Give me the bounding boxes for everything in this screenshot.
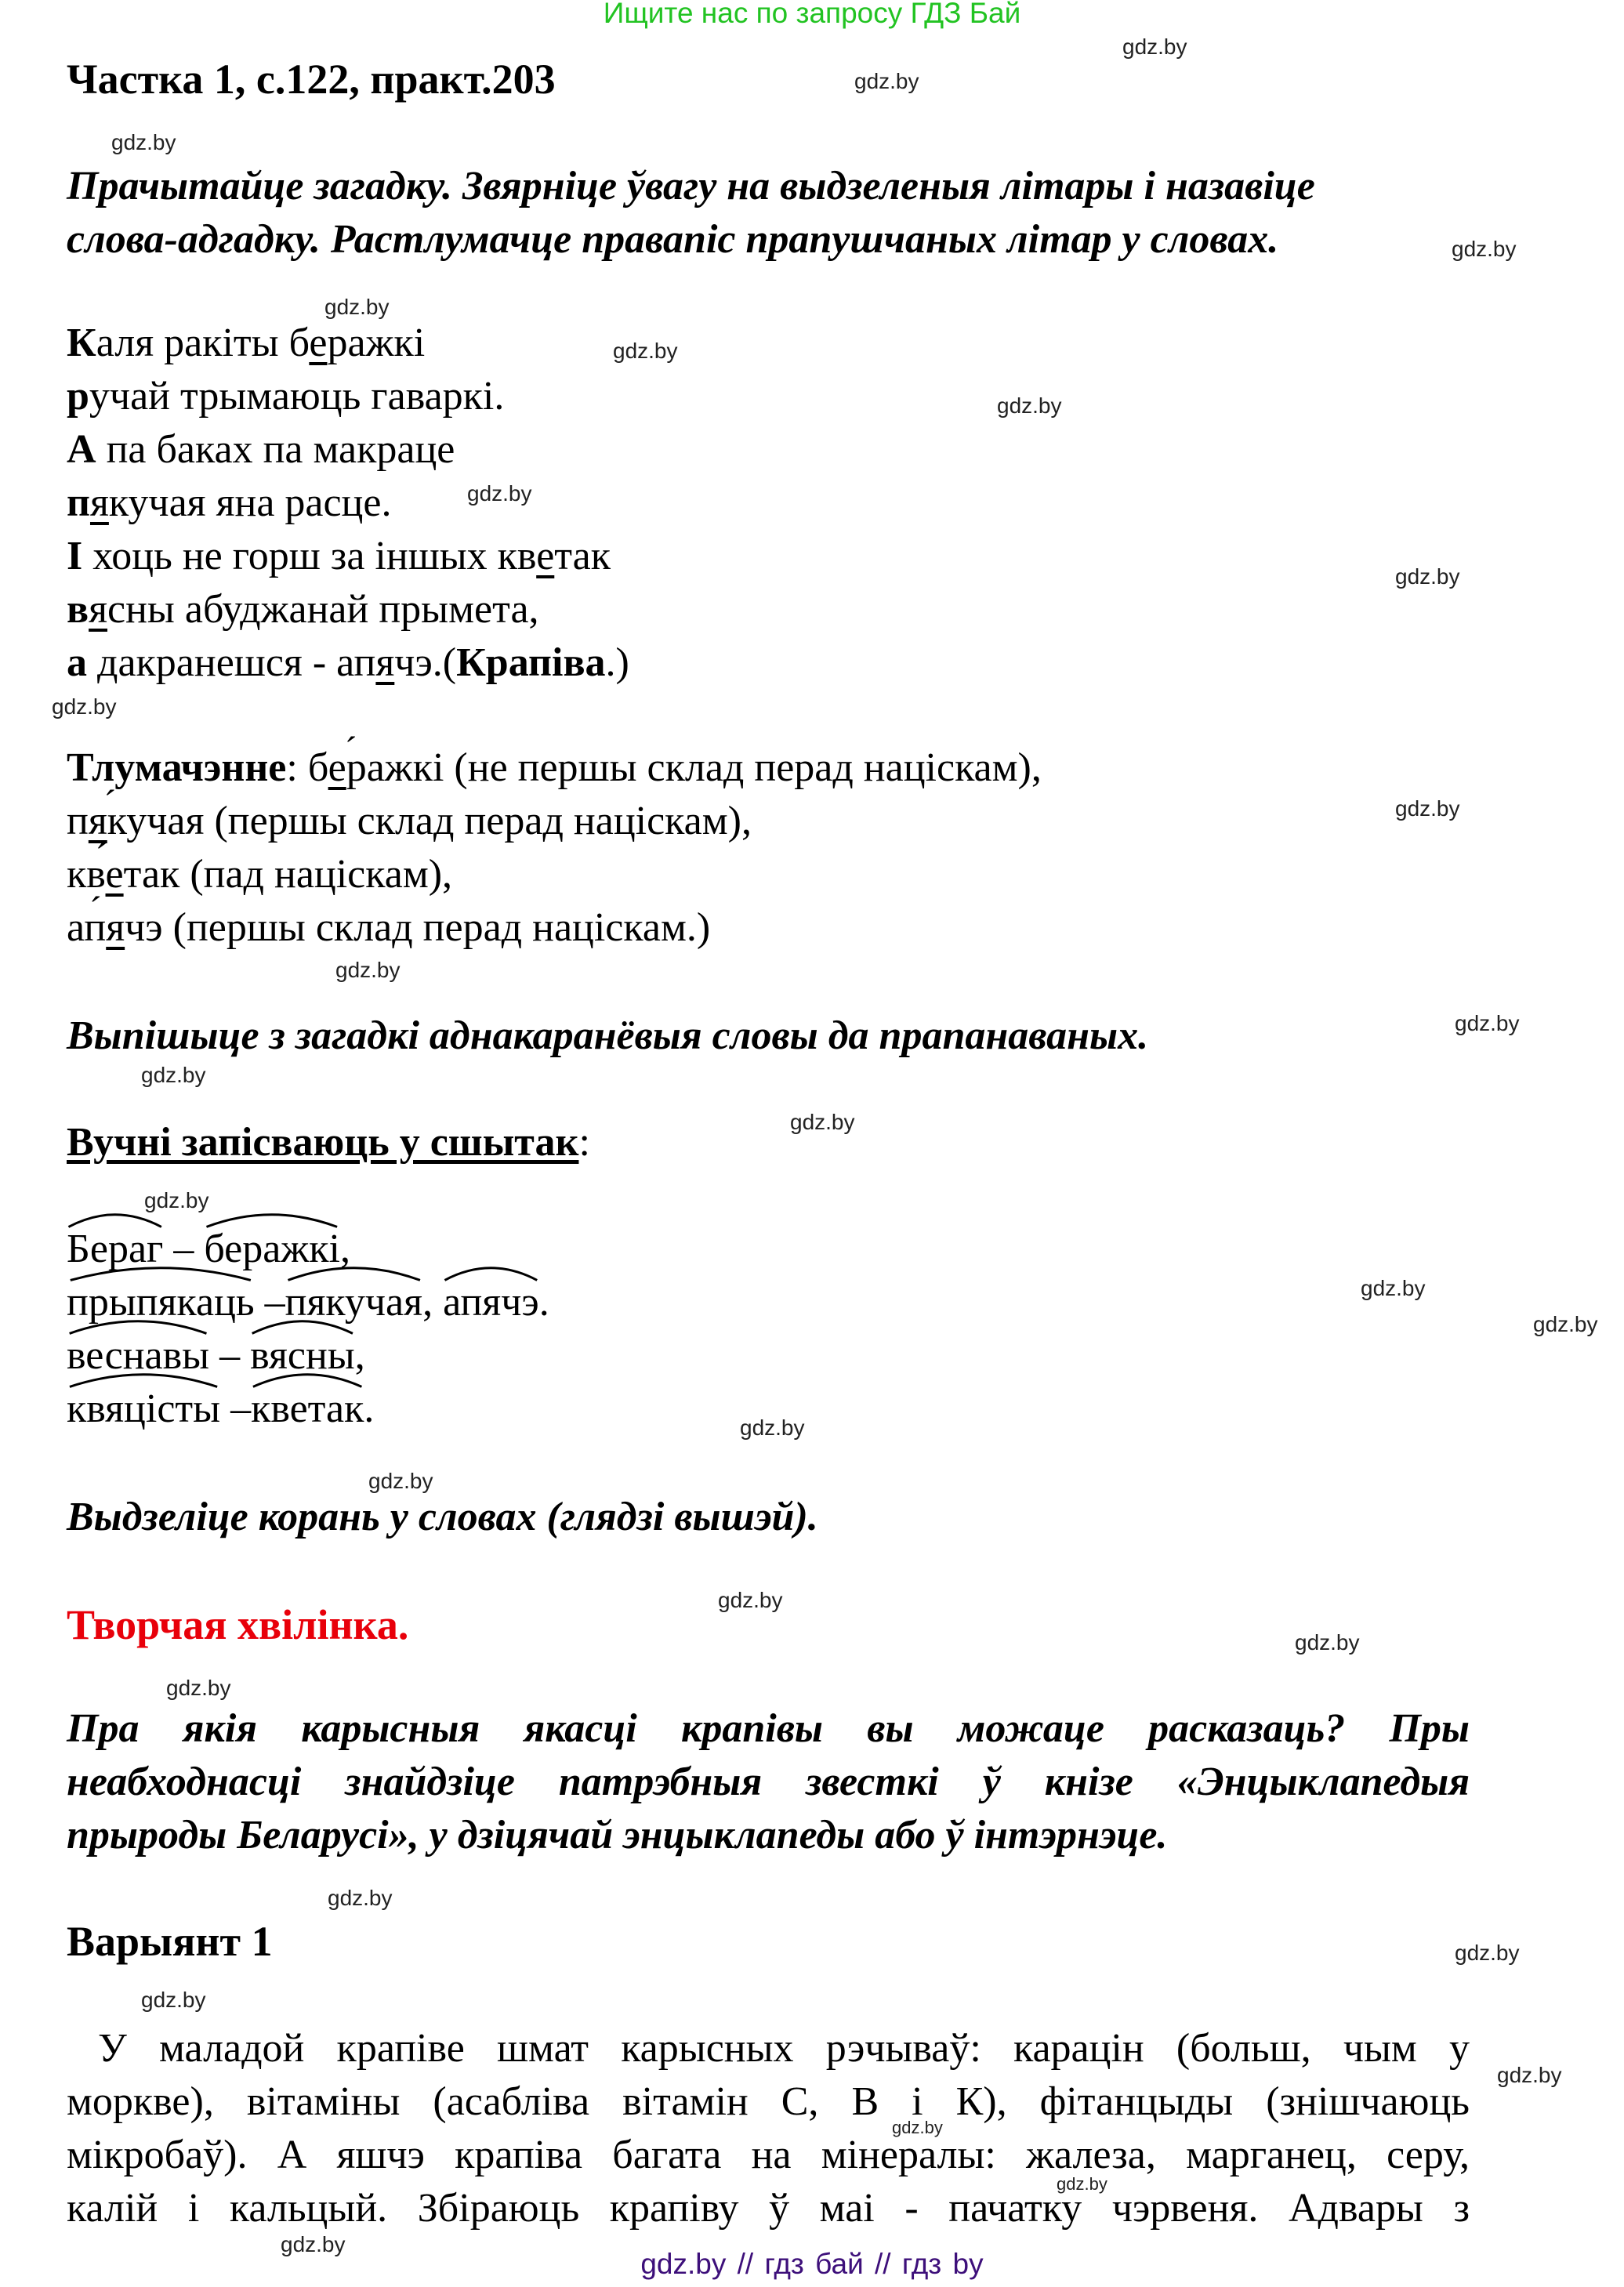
riddle-line: ручай трымаюць гаваркі. — [67, 373, 504, 419]
punct: , — [422, 1280, 443, 1325]
riddle-initial: К — [67, 321, 96, 365]
page-title: Частка 1, с.122, практ.203 — [67, 55, 556, 103]
watermark: gdz.by — [335, 958, 401, 983]
watermark: gdz.by — [740, 1415, 805, 1441]
question-line-2: неабходнасці знайдзіце патрэбныя звесткі… — [67, 1759, 1470, 1805]
explanation-line: пякучая (першы склад перад націскам), — [67, 798, 752, 844]
riddle-missing-letter: я — [375, 640, 394, 685]
notebook-label: Вучні запісваюць у сшытак: — [67, 1119, 590, 1165]
watermark: gdz.by — [368, 1469, 433, 1494]
riddle-text: хоць не горш за іншых кв — [82, 534, 536, 578]
watermark: gdz.by — [1533, 1312, 1598, 1337]
watermark: gdz.by — [1395, 564, 1460, 589]
word-part: чэ — [125, 905, 162, 950]
riddle-line: А па баках па макраце — [67, 426, 455, 473]
watermark: gdz.by — [997, 393, 1062, 419]
instruction-line-2: слова-адгадку. Растлумачце правапіс прап… — [67, 216, 1278, 263]
watermark: gdz.by — [1295, 1630, 1360, 1655]
related-word: апячэ — [443, 1279, 539, 1325]
riddle-line: І хоць не горш за іншых кветак — [67, 533, 611, 579]
riddle-line: а дакранешся - апячэ.(Крапіва.) — [67, 640, 629, 686]
riddle-answer: Крапіва — [456, 640, 605, 685]
riddle-text: па баках па макраце — [96, 427, 455, 472]
word-part: кучая — [107, 799, 205, 843]
watermark: gdz.by — [718, 1588, 783, 1613]
word-part: ап — [67, 905, 106, 950]
punct: . — [539, 1280, 549, 1325]
stressed-word: кветак — [67, 852, 179, 897]
riddle-text: чэ.( — [394, 640, 456, 685]
watermark: gdz.by — [1452, 237, 1517, 262]
riddle-text: ражкі — [327, 321, 425, 365]
notebook-label-text: Вучні запісваюць у сшытак — [67, 1120, 578, 1165]
creative-heading: Творчая хвілінка. — [67, 1600, 408, 1649]
riddle-initial: р — [67, 374, 89, 419]
root-word: квяцісты — [67, 1386, 220, 1432]
question-line-1: Пра якія карысныя якасці крапівы вы можа… — [67, 1705, 1470, 1752]
riddle-text: дакранешся - ап — [87, 640, 375, 685]
watermark: gdz.by — [790, 1110, 855, 1135]
variant-line-2: моркве), вітаміны (асабліва вітамін С, В… — [67, 2079, 1470, 2125]
dash: – — [220, 1386, 251, 1431]
explanation-note: (першы склад перад націскам), — [204, 799, 752, 843]
stressed-word: пякучая — [67, 799, 204, 843]
word-pair-line: квяцісты –кветак. — [67, 1386, 374, 1432]
riddle-line: Каля ракіты беражкі — [67, 320, 425, 366]
watermark: gdz.by — [141, 1063, 206, 1088]
word-part: ражкі — [346, 745, 444, 790]
riddle-initial: а — [67, 640, 87, 685]
variant-line-1: У маладой крапіве шмат карысных рэчываў:… — [67, 2025, 1470, 2071]
watermark: gdz.by — [1361, 1276, 1426, 1301]
word-part: так — [124, 852, 180, 897]
punct: . — [364, 1386, 374, 1431]
riddle-missing-letter: я — [90, 480, 109, 525]
variant-line-3: мікробаў). А яшчэ крапіва багата на міне… — [67, 2132, 1470, 2178]
watermark: gdz.by — [166, 1676, 231, 1701]
watermark: gdz.by — [111, 130, 176, 155]
explanation-note: (першы склад перад націскам.) — [163, 905, 711, 950]
watermark: gdz.by — [1395, 796, 1460, 821]
riddle-initial: А — [67, 427, 96, 472]
riddle-line: вясны абуджанай прымета, — [67, 586, 539, 632]
missing-letter: я — [106, 905, 125, 950]
task-copy-words: Выпішыце з загадкі аднакаранёвыя словы д… — [67, 1013, 1148, 1059]
watermark: gdz.by — [141, 1988, 206, 2013]
missing-letter: я — [89, 799, 107, 843]
riddle-missing-letter: е — [309, 321, 327, 365]
explanation-line: кветак (пад націскам), — [67, 851, 452, 897]
stressed-word: апячэ — [67, 905, 163, 950]
riddle-text: учай трымаюць гаваркі. — [89, 374, 504, 419]
question-line-3: прыроды Беларусі», у дзіцячай энцыклапед… — [67, 1812, 1167, 1858]
watermark: gdz.by — [1455, 1011, 1520, 1036]
stressed-word: беражкі — [308, 745, 444, 790]
variant-line-4: калій і кальцый. Збіраюць крапіву ў маі … — [67, 2185, 1470, 2231]
variant-heading: Варыянт 1 — [67, 1917, 273, 1966]
riddle-text: так — [554, 534, 611, 578]
search-banner[interactable]: Ищите нас по запросу ГДЗ Бай — [0, 0, 1624, 30]
riddle-initial: п — [67, 480, 90, 525]
watermark: gdz.by — [324, 295, 390, 320]
missing-letter: е — [328, 745, 346, 790]
watermark: gdz.by — [1497, 2063, 1562, 2088]
riddle-initial: в — [67, 587, 89, 632]
watermark: gdz.by — [467, 481, 532, 506]
explanation-line: апячэ (першы склад перад націскам.) — [67, 904, 710, 951]
riddle-text: сны абуджанай прымета, — [107, 587, 539, 632]
riddle-text: .) — [606, 640, 629, 685]
watermark: gdz.by — [1122, 34, 1187, 60]
explanation-line: Тлумачэнне: беражкі (не першы склад пера… — [67, 745, 1042, 791]
colon: : — [286, 745, 307, 790]
explanation-label: Тлумачэнне — [67, 745, 286, 790]
task-highlight-root: Выдзеліце корань у словах (глядзі вышэй)… — [67, 1494, 818, 1540]
explanation-note: (пад націскам), — [179, 852, 452, 897]
riddle-text: кучая яна расце. — [109, 480, 392, 525]
riddle-missing-letter: я — [89, 587, 107, 632]
missing-letter: е — [106, 852, 124, 897]
riddle-missing-letter: е — [536, 534, 554, 578]
word-part: б — [308, 745, 328, 790]
explanation-note: (не першы склад перад націскам), — [444, 745, 1041, 790]
watermark: gdz.by — [613, 339, 678, 364]
riddle-text: аля ракіты б — [96, 321, 310, 365]
riddle-line: пякучая яна расце. — [67, 480, 391, 526]
watermark: gdz.by — [328, 1886, 393, 1911]
watermark: gdz.by — [52, 694, 117, 719]
watermark: gdz.by — [1455, 1941, 1520, 1966]
word-part: п — [67, 799, 89, 843]
instruction-line-1: Прачытайце загадку. Звярніце ўвагу на вы… — [67, 163, 1315, 209]
footer-links[interactable]: gdz.by // гдз бай // гдз by — [0, 2248, 1624, 2281]
related-word: кветак — [251, 1386, 364, 1432]
word-part: кв — [67, 852, 106, 897]
riddle-initial: І — [67, 534, 82, 578]
watermark: gdz.by — [854, 69, 919, 94]
